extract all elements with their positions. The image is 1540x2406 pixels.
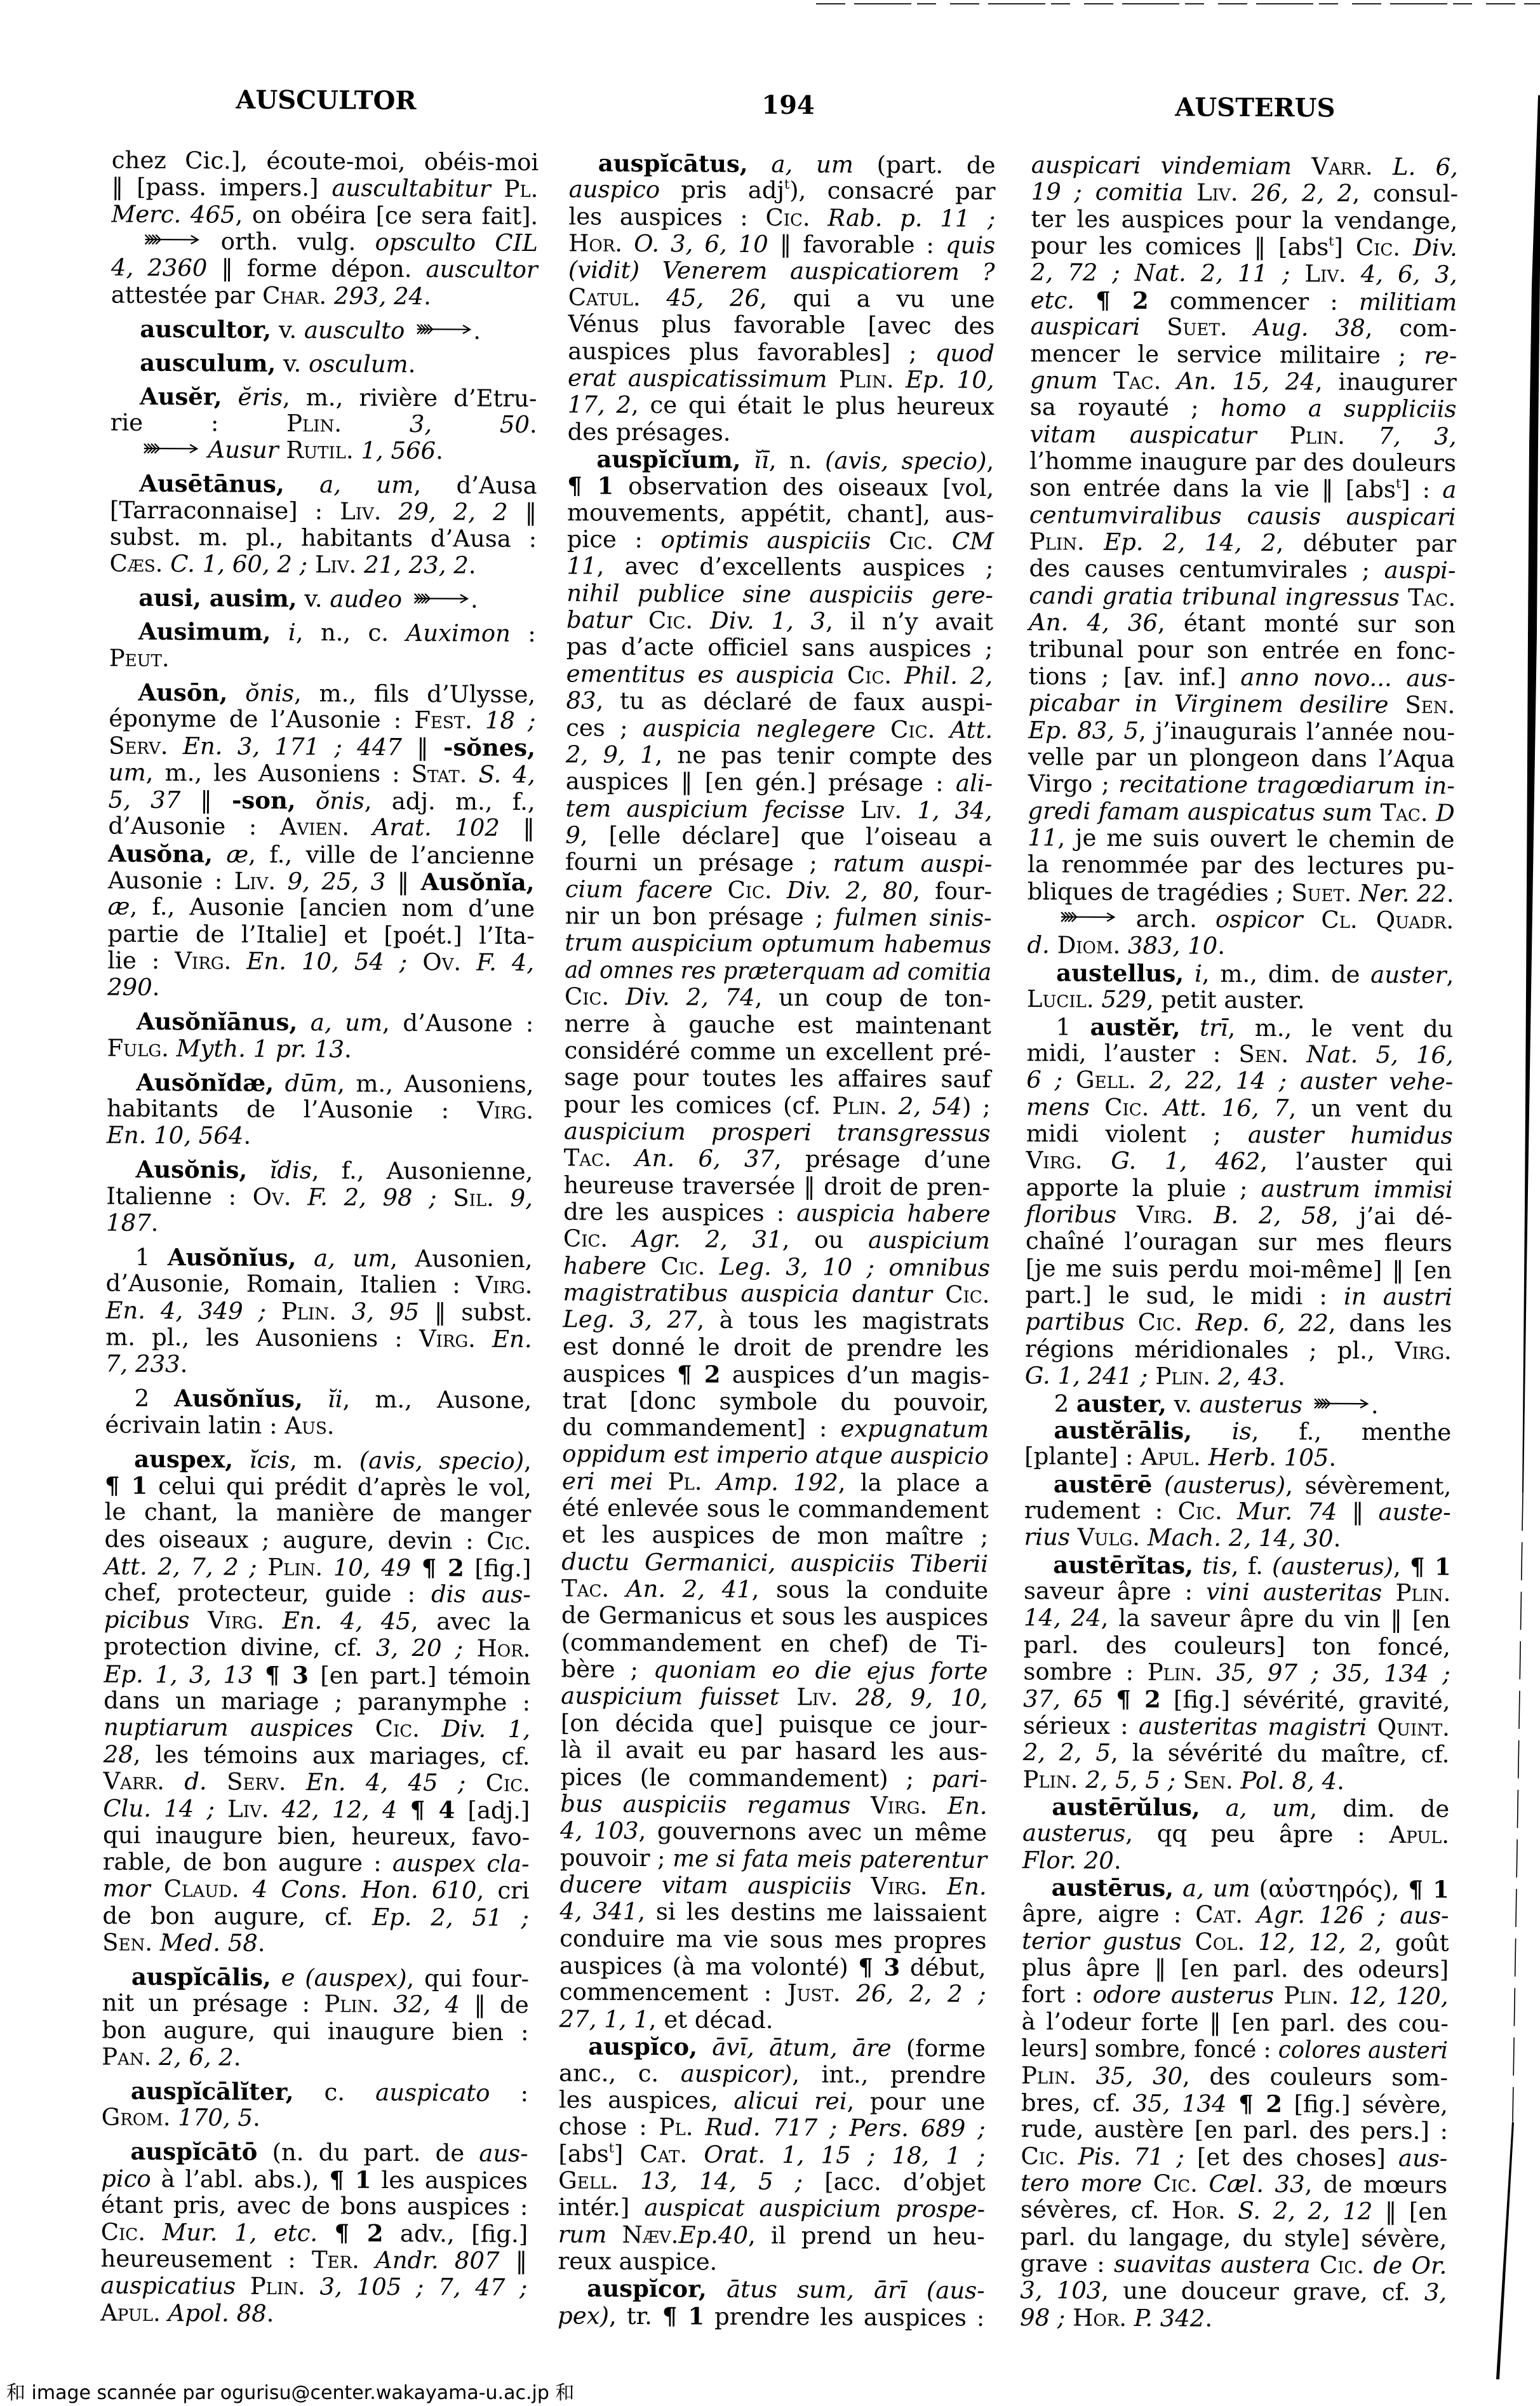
italic-text: 37, 65	[1023, 1686, 1103, 1714]
italic-text: 3, 103	[1020, 2276, 1101, 2304]
author-abbreviation: Hor.	[568, 229, 622, 257]
italic-text: 11	[1028, 824, 1057, 851]
entry-line: de bon augure, cf. Ep. 2, 51 ;	[102, 1902, 529, 1932]
entry-line: pex), tr. ¶ 1 prendre les auspices :	[558, 2302, 984, 2331]
dictionary-entry: auspĭcor, ātus sum, ārī (aus-pex), tr. ¶…	[558, 2275, 984, 2331]
italic-text: 32, 4	[393, 1991, 460, 2019]
entry-line: Lucil. 529, petit auster.	[1027, 986, 1454, 1015]
italic-text: dūm	[285, 1070, 338, 1097]
italic-text: austrum immisi	[1261, 1175, 1453, 1204]
entry-line: Cic. Div. 2, 74, un coup de ton-	[565, 983, 991, 1012]
entry-line: partibus Cic. Rep. 6, 22, dans les	[1025, 1309, 1452, 1338]
entry-line: rable, de bon augure : auspex cla-	[103, 1849, 530, 1878]
italic-text: suavitas austera	[1114, 2250, 1311, 2279]
author-abbreviation: Just.	[787, 1980, 841, 2007]
author-abbreviation: Cic.	[1153, 2170, 1198, 2197]
feathered-arrow-icon	[139, 441, 200, 455]
italic-text: Merc. 465	[111, 200, 235, 228]
dictionary-entry: auspĭcātus, a, um (part. deauspico pris …	[568, 149, 996, 447]
entry-line: [on décida que] puisque ce jour-	[561, 1710, 988, 1739]
author-abbreviation: Virg.	[1026, 1146, 1083, 1174]
entry-headline: Ausŏnĭānus, a, um, d’Ausone :	[107, 1008, 534, 1037]
italic-text: auspicia habere	[796, 1199, 990, 1228]
entry-line: 290.	[107, 974, 534, 1004]
italic-text: æ	[226, 840, 248, 868]
author-abbreviation: Virg.	[419, 1325, 476, 1352]
headword-or-bold-text: Ausimum,	[138, 617, 271, 646]
italic-text: B. 2, 58	[1214, 1202, 1331, 1230]
italic-text: Mach. 2, 14, 30	[1148, 1524, 1334, 1552]
headword-or-bold-text: ¶ 1	[105, 1472, 148, 1500]
author-abbreviation: Catul.	[568, 283, 641, 311]
author-abbreviation: Cic.	[660, 1253, 705, 1280]
entry-line: cium facere Cic. Div. 2, 80, four-	[565, 876, 992, 905]
italic-text: auscultabitur	[331, 175, 490, 203]
entry-headline: auspĭco, āvī, ātum, āre (forme	[559, 2033, 986, 2062]
entry-line: chose : Pl. Rud. 717 ; Pers. 689 ;	[559, 2114, 986, 2143]
italic-text: P. 342	[1134, 2304, 1205, 2332]
italic-text: mens	[1026, 1093, 1090, 1121]
italic-text: An. 6, 37	[635, 1145, 774, 1173]
entry-line: de Germanicus et sous les auspices	[561, 1603, 988, 1632]
entry-line: mencer le service militaire ; re-	[1030, 340, 1457, 370]
italic-text: e (auspex)	[281, 1964, 407, 1992]
dictionary-entry: 2 auster, v. austerus .	[1025, 1390, 1452, 1419]
italic-text: Andr. 807	[375, 2247, 500, 2275]
italic-text: homo a suppliciis	[1221, 394, 1457, 423]
italic-text: (avis, specio)	[825, 447, 987, 474]
headword-or-bold-text: auscultor,	[140, 315, 271, 344]
italic-text: auster	[1370, 961, 1447, 989]
dictionary-entry: austērus, a, um (αὐστηρός), ¶ 1âpre, aig…	[1020, 1874, 1449, 2334]
italic-text: 2, 9, 1	[566, 741, 655, 769]
italic-text: En.	[492, 1326, 532, 1353]
italic-text: quis	[946, 232, 996, 259]
entry-line: Flor. 20.	[1022, 1847, 1449, 1876]
author-abbreviation: Plin.	[250, 2273, 305, 2300]
entry-line: intér.] auspicat auspicium prospe-	[558, 2194, 985, 2224]
author-abbreviation: Cic.	[1320, 2252, 1364, 2279]
italic-text: gredi famam auspicatus sum	[1028, 797, 1372, 826]
italic-text: pico	[101, 2165, 151, 2192]
entry-line: centumviralibus causis auspicari	[1029, 502, 1456, 531]
dictionary-entry: auspicari vindemiam Varr. L. 6,19 ; comi…	[1027, 152, 1458, 961]
entry-line: Vénus plus favorable [avec des	[568, 311, 994, 340]
dictionary-entry: Ausŏnis, ĭdis, f., Ausonienne,Italienne …	[106, 1156, 533, 1239]
entry-line: floribus Virg. B. 2, 58, j’ai dé-	[1026, 1201, 1452, 1230]
author-abbreviation: Pl.	[668, 1468, 702, 1495]
entry-headline: auspex, ĭcis, m. (avis, specio),	[105, 1445, 532, 1474]
entry-line: 14, 24, la saveur âpre du vin ‖ [en	[1024, 1605, 1450, 1634]
entry-line: ducere vitam auspiciis Virg. En.	[560, 1871, 987, 1900]
italic-text: 1, 34,	[917, 796, 993, 824]
entry-line: du commandement] : expugnatum	[562, 1414, 989, 1443]
entry-line: été enlevée sous le commandement	[562, 1495, 989, 1524]
italic-text: Ner. 22	[1359, 880, 1447, 908]
italic-text: a, um	[1182, 1874, 1250, 1902]
entry-line: eri mei Pl. Amp. 192, la place a	[562, 1468, 989, 1497]
author-abbreviation: Apul.	[1141, 1443, 1201, 1470]
italic-text: 3,	[1424, 2279, 1447, 2306]
author-abbreviation: Cic.	[1104, 1093, 1149, 1120]
author-abbreviation: Peut.	[109, 644, 170, 671]
italic-text: Amp. 192	[717, 1468, 838, 1496]
entry-headline: auspĭcĭum, ĭī, n. (avis, specio),	[567, 445, 994, 474]
dictionary-entry: auspĭco, āvī, ātum, āre (formeanc., c. a…	[558, 2033, 986, 2277]
italic-text: 21, 23, 2	[364, 551, 469, 579]
feathered-arrow-icon	[140, 233, 201, 246]
italic-text: 9, 25, 3	[287, 868, 385, 896]
entry-headline: 2 auster, v. austerus .	[1025, 1390, 1452, 1419]
headword-or-bold-text: ausculum,	[140, 348, 276, 377]
entry-line: tero more Cic. Cæl. 33, de mœurs	[1021, 2170, 1447, 2199]
entry-line: Gell. 13, 14, 5 ; [acc. d’objet	[558, 2167, 985, 2196]
author-abbreviation: Plin.	[1029, 528, 1085, 555]
dictionary-entry: auscultor, v. ausculto .	[110, 315, 537, 344]
entry-line: Tac. An. 2, 41, sous la conduite	[561, 1575, 988, 1604]
entry-line: attestée par Char. 293, 24.	[111, 281, 538, 311]
entry-line: Ausonie : Liv. 9, 25, 3 ‖ Ausŏnĭa,	[108, 867, 535, 896]
entry-headline: 1 Ausŏnĭus, a, um, Ausonien,	[106, 1244, 533, 1273]
entry-headline: auspĭcālĭter, c. auspicato :	[102, 2078, 528, 2107]
author-abbreviation: Næv.	[622, 2221, 678, 2248]
entry-line: En. 10, 564.	[107, 1122, 533, 1152]
author-abbreviation: Cic.	[889, 527, 934, 554]
italic-text: floribus	[1026, 1200, 1116, 1228]
entry-headline: ausi, ausim, v. audeo .	[109, 584, 536, 614]
italic-text: a, um	[319, 471, 413, 499]
italic-text: (avis, specio)	[359, 1446, 525, 1474]
italic-text: 7, 3,	[1378, 422, 1456, 450]
italic-text: Myth. 1 pr. 13	[177, 1035, 344, 1063]
headword-or-bold-text: Ausĕr,	[140, 382, 222, 410]
entry-line: 98 ; Hor. P. 342.	[1020, 2304, 1447, 2334]
entry-line: étant pris, avec de bons auspices :	[101, 2192, 528, 2221]
italic-text: ĭī	[754, 447, 769, 474]
entry-line: auspicium fuisset Liv. 28, 9, 10,	[561, 1683, 988, 1712]
italic-text: opsculto CIL	[375, 229, 537, 257]
entry-line: rum Næv.Ep.40, il prend un heu-	[558, 2221, 985, 2250]
author-abbreviation: Virg.	[208, 1606, 264, 1634]
italic-text: 1, 566	[361, 437, 436, 465]
italic-text: auspi-	[1384, 556, 1456, 584]
italic-text: audeo	[330, 586, 402, 614]
italic-text: mor	[103, 1875, 151, 1902]
italic-text: auspicato	[375, 2079, 490, 2107]
entry-line: habere Cic. Leg. 3, 10 ; omnibus	[563, 1253, 990, 1282]
entry-line: 27, 1, 1, et décad.	[559, 2006, 986, 2035]
italic-text: Phil. 2,	[904, 662, 993, 690]
italic-text: S. 4,	[478, 760, 535, 788]
italic-text: Att. 16, 7	[1164, 1094, 1289, 1122]
entry-headline: auspĭcor, ātus sum, ārī (aus-	[558, 2275, 984, 2304]
author-abbreviation: Cic.	[101, 2219, 145, 2246]
headword-or-bold-text: Ausōn,	[138, 678, 227, 706]
entry-line: d. Diom. 383, 10.	[1027, 932, 1454, 962]
headword-or-bold-text: Ausŏnĭus,	[174, 1384, 303, 1413]
italic-text: Rud. 717 ; Pers. 689 ;	[705, 2114, 986, 2142]
italic-text: re-	[1424, 342, 1457, 369]
feathered-arrow-icon	[410, 592, 471, 605]
italic-text: ospicor	[1215, 906, 1303, 934]
entry-line: velle par un plongeon dans l’Aqua	[1028, 744, 1455, 773]
entry-line: Tac. An. 6, 37, présage d’une	[564, 1145, 991, 1174]
italic-text: 14, 24	[1024, 1604, 1101, 1632]
entry-line: 6 ; Gell. 2, 22, 14 ; auster vehe-	[1026, 1066, 1453, 1096]
italic-text: i	[288, 619, 296, 646]
italic-text: S. 2, 2, 12	[1238, 2197, 1372, 2225]
entry-line: nerre à gauche est maintenant	[565, 1011, 991, 1040]
author-abbreviation: Sil.	[453, 1184, 494, 1211]
author-abbreviation: Liv.	[234, 868, 276, 895]
italic-text: O. 3, 6, 10	[634, 230, 768, 258]
headword-or-bold-text: auspĭcālĭter,	[131, 2077, 294, 2106]
entry-line: sombre : Plin. 35, 97 ; 35, 134 ;	[1023, 1658, 1450, 1688]
entry-line: lie : Virg. En. 10, 54 ; Ov. F. 4,	[107, 948, 534, 977]
italic-text: 9	[565, 821, 580, 849]
dictionary-entry: austērē (austerus), sévèrement,rudement …	[1024, 1470, 1451, 1554]
italic-text: G. 1, 462	[1111, 1147, 1260, 1175]
entry-line: terior gustus Col. 12, 12, 2, goût	[1022, 1928, 1449, 1957]
dictionary-entry: Ausētānus, a, um, d’Ausa[Tarraconnaise] …	[109, 470, 537, 580]
entry-line: Clu. 14 ; Liv. 42, 12, 4 ¶ 4 [adj.]	[103, 1795, 530, 1824]
italic-text: Div. 2, 80	[787, 877, 913, 904]
italic-text: F. 2, 98 ;	[307, 1183, 437, 1211]
italic-text: Cæl. 33	[1209, 2170, 1304, 2198]
italic-text: austerus	[1022, 1819, 1125, 1847]
italic-text: auspico	[569, 176, 660, 204]
author-abbreviation: Gell.	[1076, 1066, 1136, 1094]
entry-line: auspices plus favorables] ; quod	[568, 338, 994, 367]
entry-line: rius Vulg. Mach. 2, 14, 30.	[1024, 1524, 1450, 1553]
italic-text: expugnatum	[840, 1415, 989, 1442]
superscript: t	[609, 2140, 614, 2155]
italic-text: Arat. 102	[373, 814, 500, 842]
italic-text: 290	[107, 974, 152, 1001]
entry-line: heureusement : Ter. Andr. 807 ‖	[100, 2245, 527, 2275]
italic-text: is	[1232, 1418, 1252, 1445]
author-abbreviation: Plin.	[1395, 1579, 1450, 1606]
author-abbreviation: Plin.	[1283, 1982, 1339, 2010]
italic-text: Ep. 2, 14, 2	[1104, 528, 1276, 556]
author-abbreviation: Cic.	[847, 661, 892, 689]
dictionary-entry: chez Cic.], écoute-moi, obéis-moi‖ [pass…	[111, 147, 539, 311]
italic-text: vini austeritas	[1206, 1578, 1382, 1606]
italic-text: auspicium prosperi transgressus	[564, 1117, 991, 1147]
entry-line: magistratibus auspicia dantur Cic.	[563, 1279, 989, 1308]
entry-line: 2, 72 ; Nat. 2, 11 ; Liv. 4, 6, 3,	[1031, 260, 1457, 289]
author-abbreviation: Pl.	[504, 175, 538, 203]
dictionary-entry: auspĭcĭum, ĭī, n. (avis, specio),¶ 1 obs…	[559, 445, 994, 2035]
entry-line: dre les auspices : auspicia habere	[563, 1199, 990, 1228]
italic-text: 5, 37	[108, 786, 180, 814]
entry-headline: austellus, i, m., dim. de auster,	[1027, 959, 1454, 988]
author-abbreviation: Stat.	[412, 760, 467, 788]
entry-line: apporte la pluie ; austrum immisi	[1026, 1174, 1452, 1204]
dictionary-entry: austērĭtas, tis, f. (austerus), ¶ 1saveu…	[1022, 1551, 1450, 1796]
italic-text: 2, 22, 14 ; auster vehe-	[1149, 1066, 1454, 1096]
italic-text: i	[1195, 960, 1202, 987]
dictionary-entry: ausi, ausim, v. audeo .	[109, 584, 536, 614]
author-abbreviation: Virg.	[1395, 1337, 1452, 1364]
entry-line: auspicari Suet. Aug. 38, com-	[1030, 313, 1457, 342]
entry-line: nihil publice sine auspiciis gere-	[566, 580, 993, 609]
entry-line: 4, 103, gouvernons avec un même	[560, 1818, 987, 1847]
italic-text: trī	[1200, 1014, 1228, 1041]
entry-line: 3, 103, une douceur grave, cf. 3,	[1020, 2277, 1447, 2306]
italic-text: a, um	[771, 151, 854, 178]
entry-line: trum auspicium optumum habemus	[565, 930, 991, 959]
italic-text: 18 ;	[485, 707, 536, 734]
author-abbreviation: Cic.	[1177, 1497, 1222, 1524]
italic-text: batur	[566, 606, 631, 634]
italic-text: 45, 26	[666, 284, 760, 312]
italic-text: ĭcis	[250, 1446, 290, 1473]
entry-line: Varr. d. Serv. En. 4, 45 ; Cic.	[103, 1768, 530, 1798]
scanned-dictionary-page: AUSCULTOR 194 AUSTERUS chez Cic.], écout…	[0, 0, 1540, 2406]
entry-line: mouvements, appétit, chant], aus-	[567, 499, 994, 528]
author-abbreviation: Plin.	[324, 1991, 379, 2018]
italic-text: (austerus)	[1272, 1552, 1393, 1580]
entry-line: 2, 9, 1, ne pas tenir compte des	[566, 741, 993, 770]
italic-text: 2, 5, 5 ;	[1085, 1766, 1175, 1794]
entry-line: chaîné l’ouragan sur mes fleurs	[1026, 1228, 1452, 1257]
entry-line: les auspices, alicui rei, pour une	[559, 2087, 986, 2116]
entry-line: heureuse traversée ‖ droit de pren-	[563, 1172, 990, 1201]
entry-line: leurs] sombre, foncé : colores austeri	[1021, 2035, 1448, 2064]
entry-line: midi, l’auster : Sen. Nat. 5, 16,	[1026, 1040, 1453, 1069]
author-abbreviation: Liv.	[1304, 260, 1346, 288]
dictionary-column-1: chez Cic.], écoute-moi, obéis-moi‖ [pass…	[100, 147, 539, 2329]
italic-text: 4, 2360	[111, 254, 208, 282]
entry-line: âpre, aigre : Cat. Agr. 126 ; aus-	[1022, 1900, 1449, 1930]
author-abbreviation: Cic.	[375, 1715, 420, 1742]
headword-or-bold-text: Ausŏnĭa,	[421, 868, 535, 896]
entry-line: auspices ¶ 2 auspices d’un magis-	[563, 1360, 989, 1389]
author-abbreviation: Cat.	[1195, 1901, 1243, 1928]
italic-text: Nat. 5, 16,	[1306, 1040, 1454, 1068]
entry-line: écrivain latin : Aus.	[105, 1411, 532, 1441]
dictionary-entry: austĕrālis, is, f., menthe[plante] : Apu…	[1024, 1416, 1451, 1472]
italic-text: En. 3, 171 ; 447	[183, 732, 402, 761]
author-abbreviation: Cl. Quadr.	[1321, 906, 1454, 934]
headword-or-bold-text: ausi, ausim,	[138, 584, 297, 612]
italic-text: Mur. 74	[1237, 1498, 1337, 1526]
entry-line: ad omnes res præterquam ad comitia	[565, 957, 991, 986]
entry-line: des présages.	[568, 419, 994, 448]
headword-or-bold-text: ¶ 1	[567, 472, 613, 500]
entry-line: part.] le sud, le midi : in austri	[1025, 1282, 1452, 1311]
headword-or-bold-text: auspĭcātō	[130, 2137, 257, 2166]
entry-line: régions méridionales ; pl., Virg.	[1025, 1336, 1452, 1365]
author-abbreviation: Plin.	[281, 1298, 337, 1325]
italic-text: En.	[947, 1872, 987, 1900]
scan-credit-footer: 和 image scannée par ogurisu@center.wakay…	[6, 2382, 574, 2405]
entry-line: Cic. Agr. 2, 31, ou auspicium	[563, 1226, 990, 1255]
headword-or-bold-text: ¶ 2	[1116, 1685, 1161, 1713]
headword-or-bold-text: auspĭco,	[588, 2033, 697, 2061]
entry-headline: auspĭcālis, e (auspex), qui four-	[102, 1963, 529, 1993]
italic-text: ŏnis	[316, 787, 365, 814]
italic-text: Herb. 105	[1209, 1444, 1329, 1472]
entry-line: 11, avec d’excellents auspices ;	[566, 553, 993, 582]
author-abbreviation: Col.	[1195, 1928, 1245, 1955]
italic-text: Orat. 1, 15 ; 18, 1 ;	[704, 2141, 985, 2169]
italic-text: Aug. 38	[1254, 314, 1365, 342]
author-abbreviation: Varr.	[1311, 152, 1373, 180]
feathered-arrow-icon	[412, 323, 473, 336]
entry-line: ementitus es auspicia Cic. Phil. 2,	[566, 661, 993, 690]
italic-text: fulmen sinis-	[835, 904, 992, 932]
italic-text: 383, 10	[1128, 932, 1217, 960]
entry-line: austerus, qq peu âpre : Apul.	[1022, 1820, 1449, 1849]
italic-text: 35, 134	[1133, 2090, 1227, 2118]
italic-text: 2, 2, 5	[1023, 1738, 1111, 1766]
author-abbreviation: Plin.	[1022, 1766, 1078, 1793]
author-abbreviation: Cic.	[890, 716, 935, 743]
author-abbreviation: Plin.	[1155, 1362, 1210, 1390]
headword-or-bold-text: -sŏnes,	[443, 734, 535, 762]
italic-text: odore austerus	[1093, 1981, 1275, 2009]
italic-text: En. 10, 54 ;	[246, 948, 407, 976]
entry-line: ductu Germanici, auspiciis Tiberii	[561, 1549, 988, 1578]
entry-line: ter les auspices pour la vendange,	[1031, 206, 1457, 235]
italic-text: 6 ;	[1026, 1066, 1062, 1093]
entry-line: 11, je me suis ouvert le chemin de	[1028, 824, 1454, 854]
entry-line: ¶ 1 celui qui prédit d’après le vol,	[105, 1472, 532, 1502]
italic-text: ali-	[956, 770, 993, 797]
entry-line: 37, 65 ¶ 2 [fig.] sévérité, gravité,	[1023, 1686, 1450, 1715]
entry-line: candi gratia tribunal ingressus Tac.	[1029, 582, 1456, 612]
italic-text: (austerus)	[1164, 1471, 1285, 1499]
italic-text: a, um	[1226, 1794, 1310, 1822]
italic-text: ĕris	[238, 383, 283, 410]
author-abbreviation: Sen.	[1183, 1766, 1233, 1794]
author-abbreviation: Rutil.	[286, 436, 354, 464]
italic-text: 28, 9, 10,	[855, 1684, 988, 1712]
author-abbreviation: Virg.	[175, 947, 231, 974]
italic-text: alicui rei	[733, 2087, 847, 2115]
entry-line: éponyme de l’Ausonie : Fest. 18 ;	[109, 705, 535, 734]
author-abbreviation: Pan.	[102, 2043, 151, 2071]
author-abbreviation: Virg.	[1137, 1201, 1193, 1228]
entry-line: Apul. Apol. 88.	[100, 2299, 527, 2329]
author-abbreviation: Cic.	[486, 1527, 531, 1554]
headword-or-bold-text: austērus,	[1052, 1873, 1174, 1902]
italic-text: 187	[106, 1209, 151, 1237]
italic-text: 35, 30	[1096, 2062, 1183, 2090]
running-head-first-word: AUSCULTOR	[236, 85, 416, 116]
author-abbreviation: Sen.	[1238, 1040, 1289, 1068]
entry-line: rie : Plin. 3, 50.	[110, 410, 537, 439]
italic-text: quoniam eo die ejus forte	[653, 1656, 988, 1685]
italic-text: æ	[108, 893, 130, 920]
italic-text: 2, 6, 2	[159, 2043, 234, 2071]
italic-text: habere	[563, 1252, 646, 1280]
entry-line: m. pl., les Ausoniens : Virg. En.	[105, 1324, 532, 1354]
headword-or-bold-text: auster,	[1076, 1389, 1167, 1418]
author-abbreviation: Lucil.	[1027, 985, 1094, 1013]
headword-or-bold-text: -son,	[232, 786, 296, 815]
entry-line: subst. m. pl., habitants d’Ausa :	[110, 524, 537, 553]
author-abbreviation: Suet.	[1167, 313, 1228, 340]
author-abbreviation: Liv.	[340, 497, 382, 525]
entry-headline: Ausŏnĭdæ, dūm, m., Ausoniens,	[107, 1068, 533, 1098]
entry-line: tribunal pour son entrée en fonc-	[1029, 636, 1456, 666]
author-abbreviation: Tac.	[561, 1575, 609, 1602]
entry-line: Ausur Rutil. 1, 566.	[110, 436, 537, 466]
italic-text: Mur. 1, etc.	[162, 2219, 318, 2247]
